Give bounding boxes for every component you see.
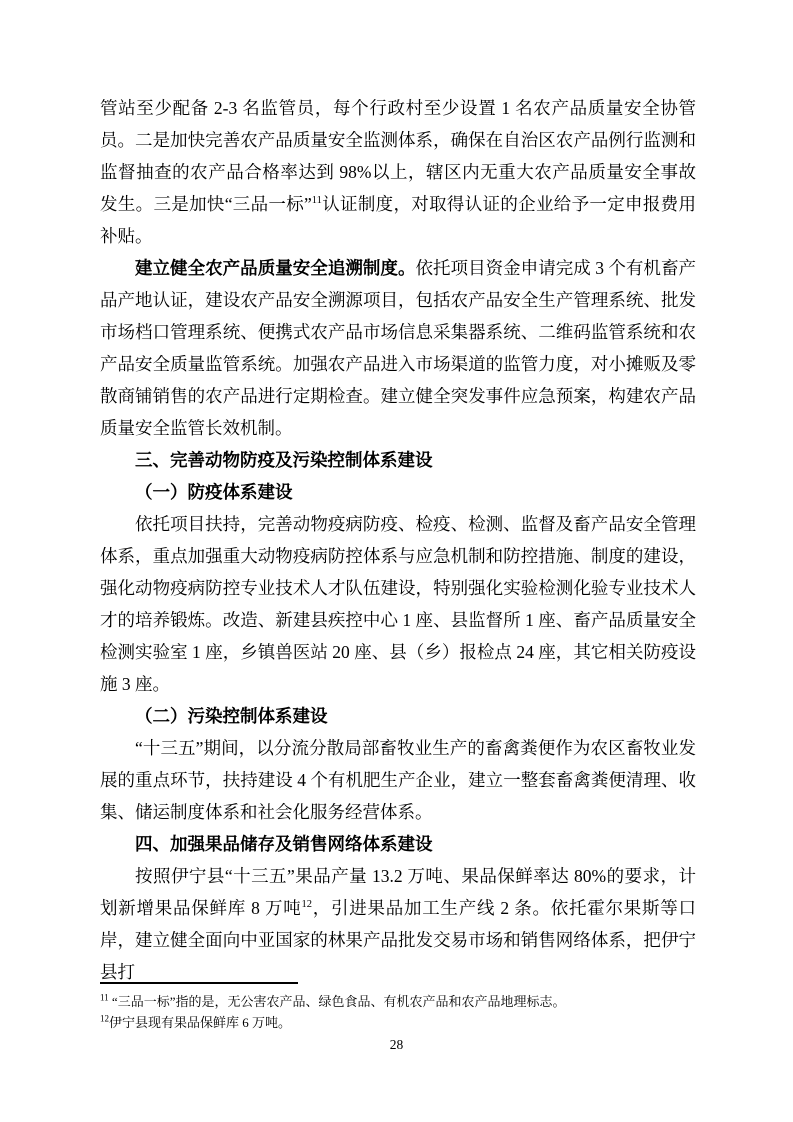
paragraph-pollution-control: “十三五”期间，以分流分散局部畜牧业生产的畜禽粪便作为农区畜牧业发展的重点环节，… [100, 732, 696, 828]
paragraph-traceability: 建立健全农产品质量安全追溯制度。依托项目资金申请完成 3 个有机畜产品产地认证，… [100, 252, 696, 444]
document-body: 管站至少配备 2-3 名监管员，每个行政村至少设置 1 名农产品质量安全协管员。… [100, 92, 696, 988]
footnote-ref-12: 12 [302, 899, 313, 910]
footnote-ref-11: 11 [312, 195, 322, 206]
footnote-12-marker: 12 [100, 1014, 109, 1024]
footnote-11-text: “三品一标”指的是，无公害农产品、绿色食品、有机农产品和农产品地理标志。 [109, 994, 566, 1009]
paragraph-lead-bold: 建立健全农产品质量安全追溯制度。 [135, 258, 416, 278]
section-heading-3: 三、完善动物防疫及污染控制体系建设 [100, 444, 696, 476]
paragraph-text: 依托项目资金申请完成 3 个有机畜产品产地认证，建设农产品安全溯源项目，包括农产… [100, 258, 696, 438]
footnote-12-text: 伊宁县现有果品保鲜库 6 万吨。 [109, 1015, 291, 1030]
page-number: 28 [0, 1037, 793, 1053]
section-heading-4: 四、加强果品储存及销售网络体系建设 [100, 828, 696, 860]
subsection-heading-3-1: （一）防疫体系建设 [100, 476, 696, 508]
footnotes-section: 11 “三品一标”指的是，无公害农产品、绿色食品、有机农产品和农产品地理标志。 … [100, 982, 696, 1033]
footnote-11: 11 “三品一标”指的是，无公害农产品、绿色食品、有机农产品和农产品地理标志。 [100, 991, 696, 1012]
document-page: 管站至少配备 2-3 名监管员，每个行政村至少设置 1 名农产品质量安全协管员。… [0, 0, 793, 1122]
footnote-separator-line [100, 982, 298, 984]
paragraph-continuation: 管站至少配备 2-3 名监管员，每个行政村至少设置 1 名农产品质量安全协管员。… [100, 92, 696, 252]
paragraph-fruit-storage: 按照伊宁县“十三五”果品产量 13.2 万吨、果品保鲜率达 80%的要求，计划新… [100, 860, 696, 988]
paragraph-epidemic-prevention: 依托项目扶持，完善动物疫病防疫、检疫、检测、监督及畜产品安全管理体系，重点加强重… [100, 508, 696, 700]
footnote-12: 12伊宁县现有果品保鲜库 6 万吨。 [100, 1012, 696, 1033]
subsection-heading-3-2: （二）污染控制体系建设 [100, 700, 696, 732]
footnote-11-marker: 11 [100, 993, 109, 1003]
